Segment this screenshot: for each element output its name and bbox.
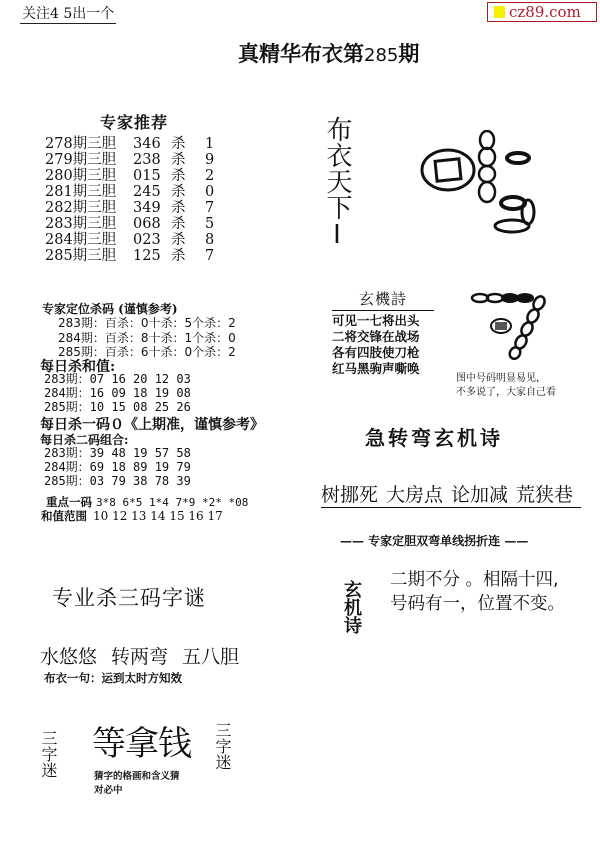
focus-note: 关注4 5出一个 — [20, 6, 116, 24]
big-riddle-note: 猜字的格画和含义猜对必中 — [94, 770, 182, 798]
yellow-square-icon — [494, 6, 505, 18]
expert-pick-line: —— 专家定胆双弯单线拐折连 —— — [340, 532, 528, 549]
xuanji-vertical-label: 玄机诗 — [336, 580, 366, 634]
riddle-title: 专业杀三码字谜 — [52, 582, 206, 612]
table-row: 279期三胆238杀9 — [45, 152, 225, 168]
buyi-vertical-title: 布衣天下I — [322, 116, 352, 250]
riddle-answer-item: 转两弯 — [111, 646, 168, 668]
expert-table: 278期三胆346杀1 279期三胆238杀9 280期三胆015杀2 281期… — [45, 136, 225, 264]
list-item: 284期：69 18 89 19 79 — [44, 460, 191, 474]
xuanji-text: 二期不分 。相隔十四, 号码有一，位置不变。 — [390, 568, 565, 616]
watermark-text: cz89.com — [509, 3, 581, 21]
daily-sum-kill-list: 283期：07 16 20 12 03 284期：16 09 18 19 08 … — [44, 372, 191, 414]
page-title: 真精华布衣第285期 — [238, 38, 419, 68]
coin-beads-figure — [420, 130, 540, 240]
riddle-answers: 水悠悠转两弯五八胆 — [40, 642, 253, 669]
issue-number: 285 — [364, 45, 398, 66]
riddle-note: 布衣一句：运到太时方知效 — [44, 670, 182, 686]
list-item: 283期：百杀：0十杀：5个杀：2 — [58, 316, 236, 331]
sum-range-value: 10 12 13 14 15 16 17 — [93, 509, 223, 523]
three-char-riddle-label-left: 三字迷 — [40, 730, 56, 778]
table-row: 285期三胆125杀7 — [45, 248, 225, 264]
table-row: 281期三胆245杀0 — [45, 184, 225, 200]
poem-title: 玄機詩 — [332, 288, 434, 311]
position-kill-heading: 专家定位杀码 (谨慎参考) — [42, 300, 178, 317]
big-riddle-text: 等拿钱 — [92, 716, 191, 765]
riddle-answer-item: 五八胆 — [182, 646, 239, 668]
expert-heading: 专家推荐 — [100, 110, 168, 133]
mystic-poem-box: 玄機詩 可见一七将出头 二将交锋在战场 各有四肢使刀枪 红马黑驹声嘶唤 — [332, 288, 434, 377]
table-row: 278期三胆346杀1 — [45, 136, 225, 152]
sum-range-line: 和值范围10 12 13 14 15 16 17 — [41, 508, 223, 524]
table-row: 282期三胆349杀7 — [45, 200, 225, 216]
daily-two-kill-list: 283期：39 48 19 57 58 284期：69 18 89 19 79 … — [44, 446, 191, 488]
position-kill-list: 283期：百杀：0十杀：5个杀：2 284期：百杀：8十杀：1个杀：0 285期… — [58, 316, 236, 360]
watermark-badge: cz89.com — [487, 2, 597, 22]
table-row: 280期三胆015杀2 — [45, 168, 225, 184]
list-item: 285期：10 15 08 25 26 — [44, 400, 191, 414]
list-item: 283期：39 48 19 57 58 — [44, 446, 191, 460]
table-row: 284期三胆023杀8 — [45, 232, 225, 248]
sum-range-label: 和值范围 — [41, 509, 87, 523]
list-item: 284期：百杀：8十杀：1个杀：0 — [58, 331, 236, 346]
key-code-label: 重点一码 — [46, 495, 92, 509]
table-row: 283期三胆068杀5 — [45, 216, 225, 232]
picture-note: 图中号码明显易见， 不多说了，大家自己看 — [456, 372, 556, 400]
seven-beads-figure — [470, 290, 555, 360]
three-char-riddle-label-right: 三字迷 — [214, 722, 230, 770]
poem-lines: 可见一七将出头 二将交锋在战场 各有四肢使刀枪 红马黑驹声嘶唤 — [332, 313, 434, 377]
riddle-answer-item: 水悠悠 — [40, 646, 97, 668]
list-item: 285期：03 79 38 78 39 — [44, 474, 191, 488]
list-item: 283期：07 16 20 12 03 — [44, 372, 191, 386]
riddle-poem-line: 树挪死大房点论加减荒狭巷 — [321, 480, 581, 508]
riddle-poem-title: 急转弯玄机诗 — [365, 422, 503, 451]
list-item: 284期：16 09 18 19 08 — [44, 386, 191, 400]
